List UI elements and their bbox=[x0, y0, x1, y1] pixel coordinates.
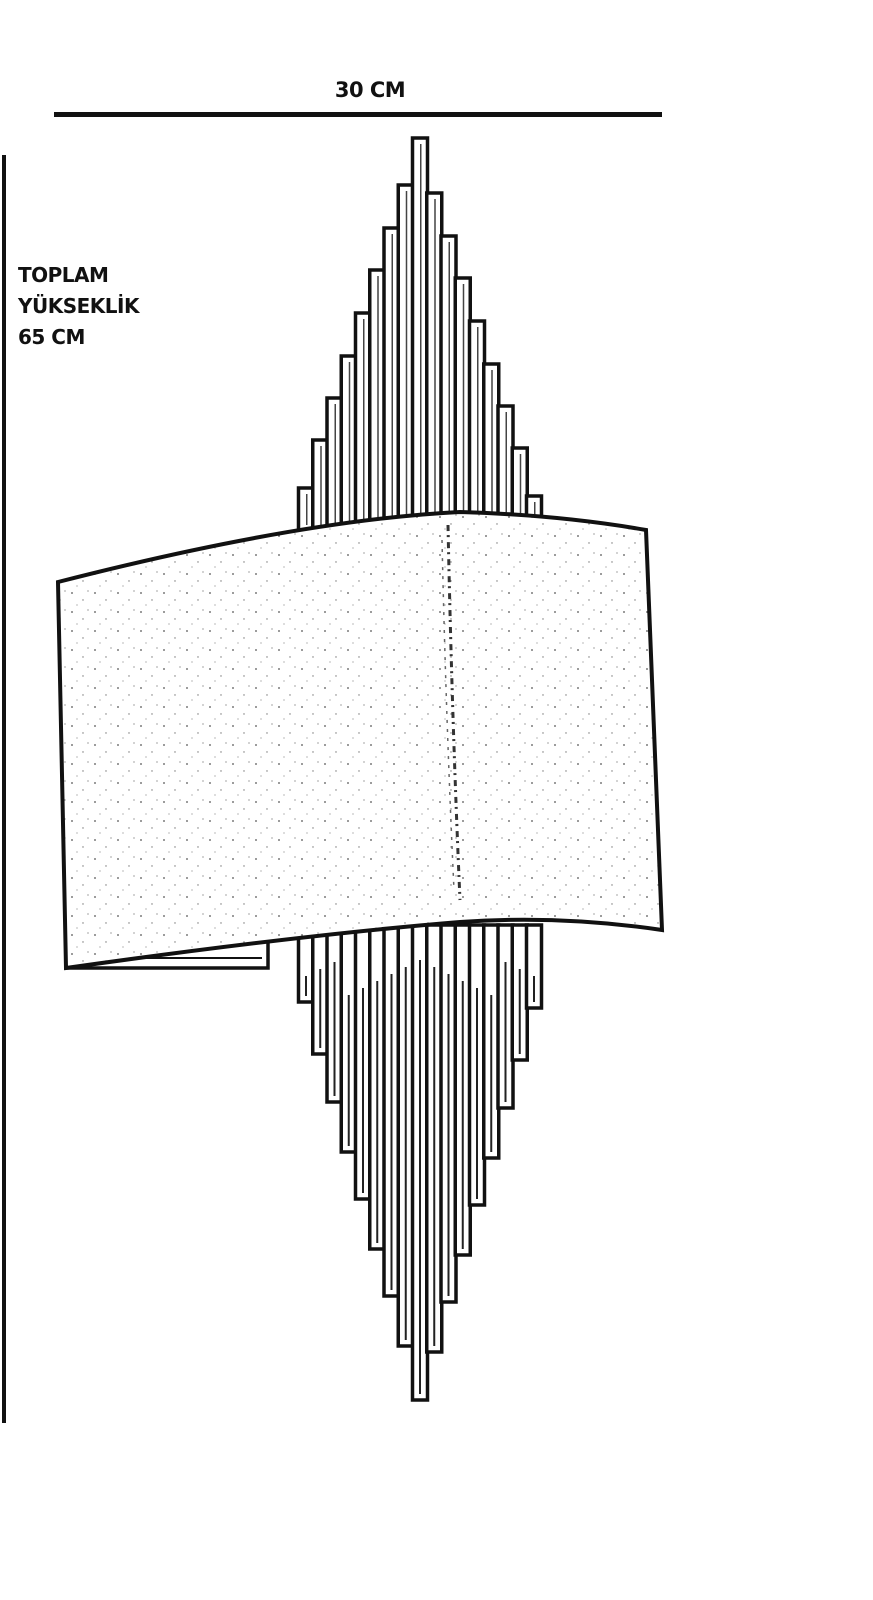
center-panel bbox=[58, 512, 662, 968]
upper-rods bbox=[299, 138, 542, 530]
lower-rods bbox=[299, 925, 542, 1400]
lamp-drawing bbox=[0, 0, 873, 1600]
